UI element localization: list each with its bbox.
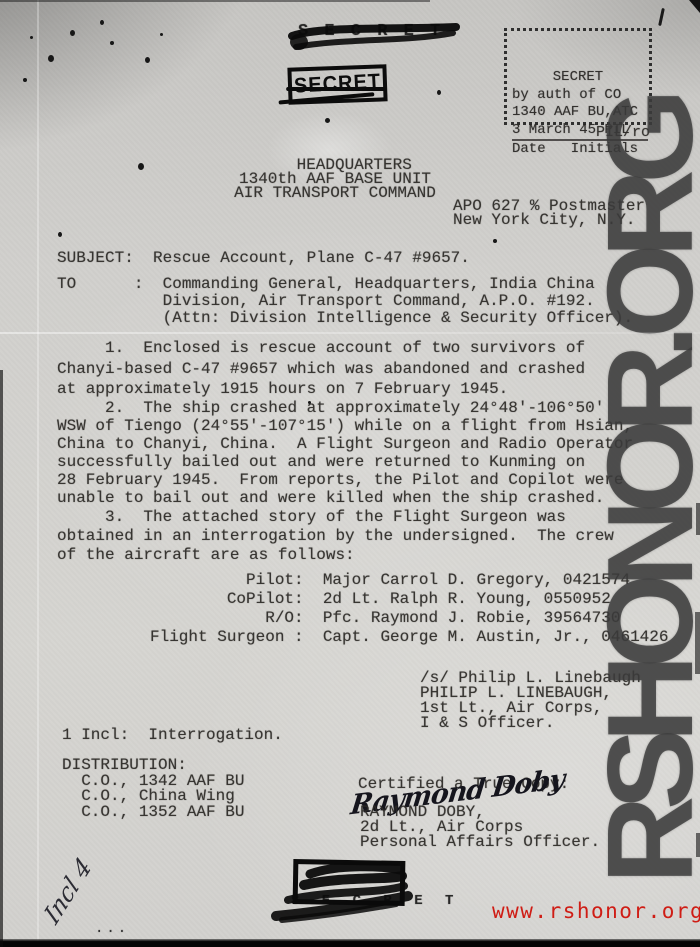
site-url-watermark: www.rshonor.org (492, 899, 700, 923)
paper-speck (437, 90, 441, 95)
paper-speck (100, 20, 104, 25)
certified-block: RAYMOND DOBY, 2d Lt., Air Corps Personal… (360, 805, 600, 850)
paper-speck (145, 57, 150, 63)
paper-speck (160, 33, 163, 36)
paper-speck (493, 239, 497, 243)
paper-speck (30, 36, 33, 39)
pen-mark (658, 8, 665, 26)
paper-speck (70, 30, 75, 36)
distribution-block: DISTRIBUTION: C.O., 1342 AAF BU C.O., Ch… (62, 758, 244, 820)
paper-crease-horizontal (0, 332, 700, 334)
letterhead-command: AIR TRANSPORT COMMAND (234, 184, 436, 202)
enclosure-line: 1 Incl: Interrogation. (62, 726, 283, 744)
paper-speck (23, 78, 27, 82)
scan-edge-right (696, 503, 700, 535)
stamp-strike-line (286, 87, 386, 91)
paragraph-2: 2. The ship crashed at approximately 24°… (57, 399, 633, 507)
subject-line: SUBJECT: Rescue Account, Plane C-47 #965… (57, 249, 470, 267)
rshonor-watermark: RSHONOR.ORG (580, 74, 700, 884)
paper-speck (48, 55, 54, 62)
handwritten-incl-note: Incl 4 (39, 852, 96, 930)
paper-speck (325, 118, 330, 123)
scan-edge-bottom (0, 939, 700, 947)
pen-dots: ... (95, 921, 129, 937)
scan-edge-right (696, 833, 700, 857)
scan-corner-mark (689, 0, 700, 13)
paragraph-3: 3. The attached story of the Flight Surg… (57, 508, 614, 565)
paper-speck (308, 401, 311, 404)
paper-speck (58, 232, 62, 237)
secret-stamp-top: SECRET (287, 64, 387, 104)
paper-crease-vertical (37, 0, 39, 947)
to-block: TO : Commanding General, Headquarters, I… (57, 276, 633, 327)
paragraph-1: 1. Enclosed is rescue account of two sur… (57, 338, 585, 400)
scanned-document-page: S E C R E T SECRET SECRETby auth of CO 1… (0, 0, 700, 947)
paper-speck (110, 41, 114, 45)
scan-edge-right (695, 612, 700, 674)
paper-speck (138, 163, 144, 170)
scan-edge-top (0, 0, 430, 2)
pen-scribble-strike (286, 14, 464, 60)
scan-edge-left (0, 370, 3, 947)
bottom-stamp-scribble (268, 854, 443, 929)
